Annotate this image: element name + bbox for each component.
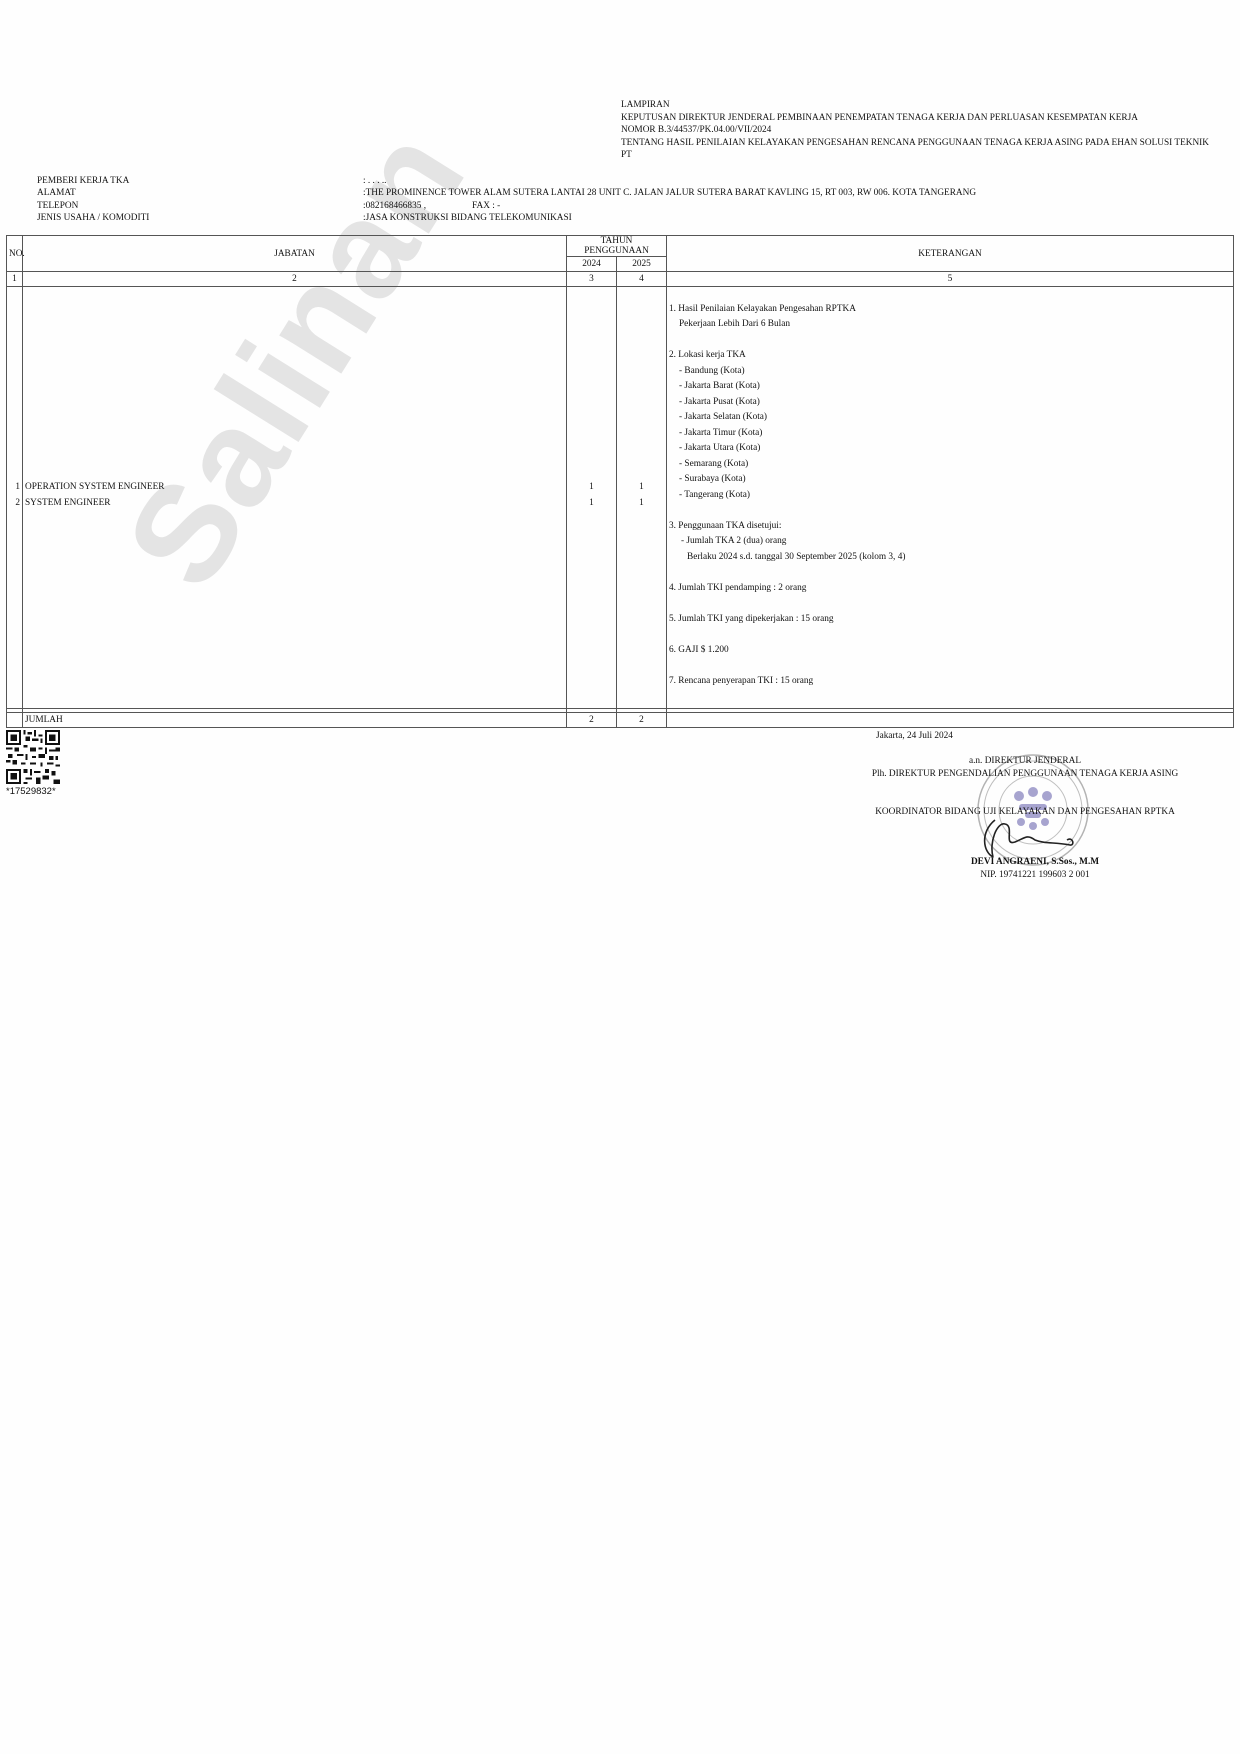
row-no: 1 [9, 482, 20, 498]
location-item: - Jakarta Timur (Kota) [669, 428, 1231, 444]
row-2025: 1 [619, 498, 664, 514]
header-line: KEPUTUSAN DIREKTUR JENDERAL PEMBINAAN PE… [621, 112, 1209, 125]
keterangan-item-3-count: - Jumlah TKA 2 (dua) orang [669, 536, 1231, 552]
signature-on-behalf: a.n. DIREKTUR JENDERAL [860, 756, 1190, 766]
employer-address: :THE PROMINENCE TOWER ALAM SUTERA LANTAI… [363, 187, 976, 199]
jabatan-cell: OPERATION SYSTEM ENGINEER SYSTEM ENGINEE… [23, 287, 567, 709]
header-line: TENTANG HASIL PENILAIAN KELAYAKAN PENGES… [621, 137, 1209, 150]
location-item: - Jakarta Barat (Kota) [669, 381, 1231, 397]
column-number: 3 [567, 272, 617, 287]
signatory-nip: NIP. 19741221 199603 2 001 [870, 870, 1200, 880]
location-item: - Surabaya (Kota) [669, 474, 1231, 490]
location-item: - Bandung (Kota) [669, 366, 1231, 382]
row-2025: 1 [619, 482, 664, 498]
column-number: 4 [617, 272, 667, 287]
keterangan-item-1-detail: Pekerjaan Lebih Dari 6 Bulan [669, 319, 1231, 335]
row-jabatan: OPERATION SYSTEM ENGINEER [25, 482, 564, 498]
employer-labels: PEMBERI KERJA TKA ALAMAT TELEPON JENIS U… [37, 175, 149, 224]
signature-place-date: Jakarta, 24 Juli 2024 [876, 731, 953, 741]
total-2024: 2 [567, 713, 617, 728]
total-label: JUMLAH [23, 713, 567, 728]
location-item: - Jakarta Pusat (Kota) [669, 397, 1231, 413]
qr-code-number: *17529832* [6, 786, 56, 797]
header-year-2025: 2025 [617, 257, 667, 272]
column-number: 5 [667, 272, 1234, 287]
location-item: - Jakarta Selatan (Kota) [669, 412, 1231, 428]
label-phone: TELEPON [37, 200, 149, 212]
keterangan-item-6: 6. GAJI $ 1.200 [669, 645, 1231, 661]
employer-phone-line: :082168466835 ,FAX : - [363, 200, 976, 212]
label-business: JENIS USAHA / KOMODITI [37, 212, 149, 224]
employer-values: : . . . .. :THE PROMINENCE TOWER ALAM SU… [363, 175, 976, 224]
keterangan-item-1: 1. Hasil Penilaian Kelayakan Pengesahan … [669, 304, 1231, 320]
column-number: 1 [7, 272, 23, 287]
document-header: LAMPIRAN KEPUTUSAN DIREKTUR JENDERAL PEM… [621, 99, 1209, 162]
header-line: PT [621, 149, 1209, 162]
keterangan-cell: 1. Hasil Penilaian Kelayakan Pengesahan … [667, 287, 1234, 709]
location-item: - Jakarta Utara (Kota) [669, 443, 1231, 459]
row-jabatan: SYSTEM ENGINEER [25, 498, 564, 514]
header-line: NOMOR B.3/44537/PK.04.00/VII/2024 [621, 124, 1209, 137]
header-line: LAMPIRAN [621, 99, 1209, 112]
signature-scribble-icon [975, 812, 1085, 862]
keterangan-item-4: 4. Jumlah TKI pendamping : 2 orang [669, 583, 1231, 599]
signature-acting: Plh. DIREKTUR PENGENDALIAN PENGGUNAAN TE… [860, 769, 1190, 779]
keterangan-item-7: 7. Rencana penyerapan TKI : 15 orang [669, 676, 1231, 692]
label-address: ALAMAT [37, 187, 149, 199]
rptka-table: NO. JABATAN TAHUN PENGGUNAAN KETERANGAN … [6, 235, 1234, 728]
row-2024: 1 [569, 498, 614, 514]
year-2025-cell: 1 1 [617, 287, 667, 709]
header-keterangan: KETERANGAN [667, 236, 1234, 272]
header-tahun: TAHUN PENGGUNAAN [567, 236, 667, 257]
label-employer: PEMBERI KERJA TKA [37, 175, 149, 187]
total-row: JUMLAH 2 2 [7, 713, 1234, 728]
keterangan-item-2: 2. Lokasi kerja TKA [669, 350, 1231, 366]
keterangan-item-3-valid: Berlaku 2024 s.d. tanggal 30 September 2… [669, 552, 1231, 568]
column-number: 2 [23, 272, 567, 287]
header-no: NO. [7, 236, 23, 272]
total-2025: 2 [617, 713, 667, 728]
no-cell: 1 2 [7, 287, 23, 709]
location-item: - Semarang (Kota) [669, 459, 1231, 475]
location-item: - Tangerang (Kota) [669, 490, 1231, 506]
keterangan-item-3: 3. Penggunaan TKA disetujui: [669, 521, 1231, 537]
employer-phone: :082168466835 , [363, 201, 426, 211]
employer-name: : . . . .. [363, 175, 976, 187]
qr-code-icon [6, 730, 60, 784]
row-2024: 1 [569, 482, 614, 498]
header-jabatan: JABATAN [23, 236, 567, 272]
keterangan-item-5: 5. Jumlah TKI yang dipekerjakan : 15 ora… [669, 614, 1231, 630]
employer-fax: FAX : - [472, 200, 500, 212]
employer-business: :JASA KONSTRUKSI BIDANG TELEKOMUNIKASI [363, 212, 976, 224]
row-no: 2 [9, 498, 20, 514]
year-2024-cell: 1 1 [567, 287, 617, 709]
header-year-2024: 2024 [567, 257, 617, 272]
